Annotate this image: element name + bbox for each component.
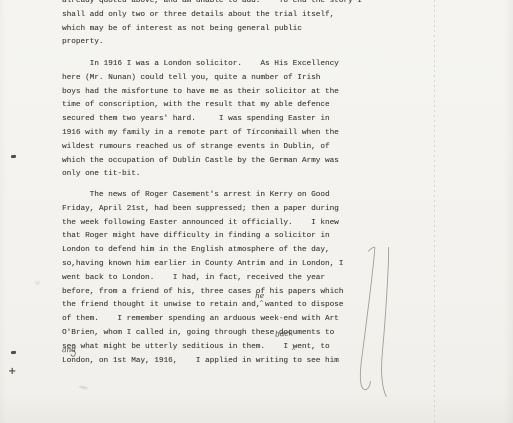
document-page: already quoted above, and am unable to a…	[0, 0, 513, 423]
handwritten-insertion-he: he	[255, 292, 265, 300]
insertion-caret: ^	[259, 301, 264, 307]
paragraph-1916-solicitor: In 1916 I was a London solicitor. As His…	[62, 58, 339, 182]
handwritten-insertion-back: back	[275, 329, 294, 338]
fold-perforation-line	[434, 0, 435, 423]
paper-smudge	[79, 385, 88, 390]
margin-dash-mark	[11, 351, 16, 354]
handwritten-insertion-and: and	[62, 346, 76, 354]
margin-dash-mark	[11, 155, 16, 158]
paper-smudge	[35, 281, 40, 285]
margin-plus-mark: +	[8, 367, 18, 377]
pen-stroke-right	[382, 248, 389, 397]
pen-stroke-left	[360, 247, 374, 389]
insertion-caret: ^	[291, 349, 296, 355]
paragraph-casement-arrest: The news of Roger Casement's arrest in K…	[62, 189, 343, 368]
paragraph-trial-details: already quoted above, and am unable to a…	[62, 0, 362, 50]
